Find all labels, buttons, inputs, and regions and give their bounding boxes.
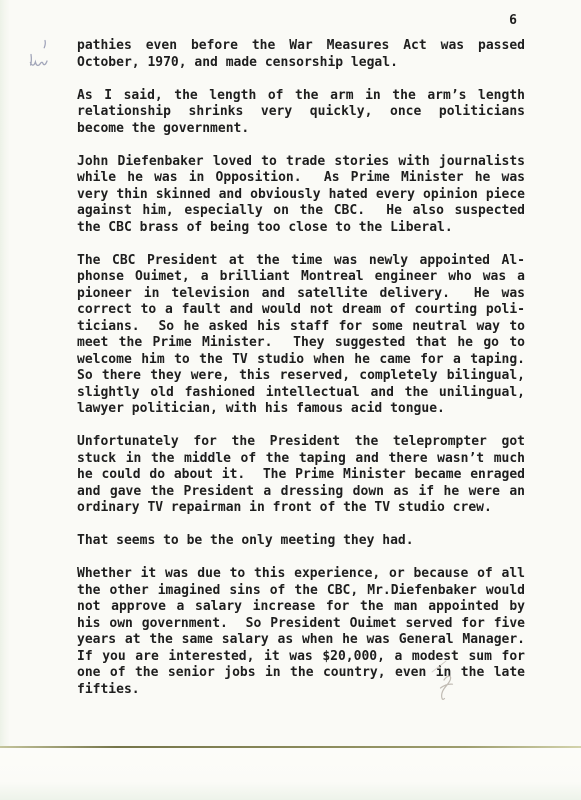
text-line: the CBC brass of being too close to the … xyxy=(77,220,525,237)
text-line: correct to a fault and would not dream o… xyxy=(77,302,525,319)
text-line: phonse Ouimet, a brilliant Montreal engi… xyxy=(77,269,525,286)
text-line: That seems to be the only meeting they h… xyxy=(77,533,525,550)
paragraph: pathies even before the War Measures Act… xyxy=(77,38,525,71)
handwritten-squiggle-icon xyxy=(26,36,54,70)
text-line: October, 1970, and made censorship legal… xyxy=(77,55,525,72)
paragraph: The CBC President at the time was newly … xyxy=(77,253,525,418)
text-line: not approve a salary increase for the ma… xyxy=(77,599,525,616)
document-text: pathies even before the War Measures Act… xyxy=(77,38,525,698)
text-line: years at the same salary as when he was … xyxy=(77,632,525,649)
page-number: 6 xyxy=(77,13,517,28)
text-line: relationship shrinks very quickly, once … xyxy=(77,104,525,121)
text-line: pathies even before the War Measures Act… xyxy=(77,38,525,55)
scanned-page: 6 pathies even before the War Measures A… xyxy=(0,0,581,747)
text-line: and gave the President a dressing down a… xyxy=(77,484,525,501)
text-line: very thin skinned and obviously hated ev… xyxy=(77,187,525,204)
paragraph: That seems to be the only meeting they h… xyxy=(77,533,525,550)
text-line: while he was in Opposition. As Prime Min… xyxy=(77,170,525,187)
paragraph: John Diefenbaker loved to trade stories … xyxy=(77,154,525,237)
text-line: welcome him to the TV studio when he cam… xyxy=(77,352,525,369)
text-line: meet the Prime Minister. They suggested … xyxy=(77,335,525,352)
text-line: against him, especially on the CBC. He a… xyxy=(77,203,525,220)
text-line: John Diefenbaker loved to trade stories … xyxy=(77,154,525,171)
text-line: The CBC President at the time was newly … xyxy=(77,253,525,270)
text-line: become the government. xyxy=(77,121,525,138)
text-line: ticians. So he asked his staff for some … xyxy=(77,319,525,336)
text-line: lawyer politician, with his famous acid … xyxy=(77,401,525,418)
handwritten-pencil-mark-icon xyxy=(428,654,464,706)
text-line: pioneer in television and satellite deli… xyxy=(77,286,525,303)
scan-left-edge xyxy=(0,0,10,747)
text-line: Unfortunately for the President the tele… xyxy=(77,434,525,451)
text-line: Whether it was due to this experience, o… xyxy=(77,566,525,583)
text-line: So there they were, this reserved, compl… xyxy=(77,368,525,385)
paragraph: As I said, the length of the arm in the … xyxy=(77,88,525,138)
text-line: stuck in the middle of the taping and th… xyxy=(77,451,525,468)
scan-background xyxy=(0,748,581,800)
text-line: his own government. So President Ouimet … xyxy=(77,616,525,633)
text-line: ordinary TV repairman in front of the TV… xyxy=(77,500,525,517)
text-line: As I said, the length of the arm in the … xyxy=(77,88,525,105)
paragraph: Unfortunately for the President the tele… xyxy=(77,434,525,517)
text-line: slightly old fashioned intellectual and … xyxy=(77,385,525,402)
text-line: he could do about it. The Prime Minister… xyxy=(77,467,525,484)
text-line: the other imagined sins of the CBC, Mr.D… xyxy=(77,583,525,600)
